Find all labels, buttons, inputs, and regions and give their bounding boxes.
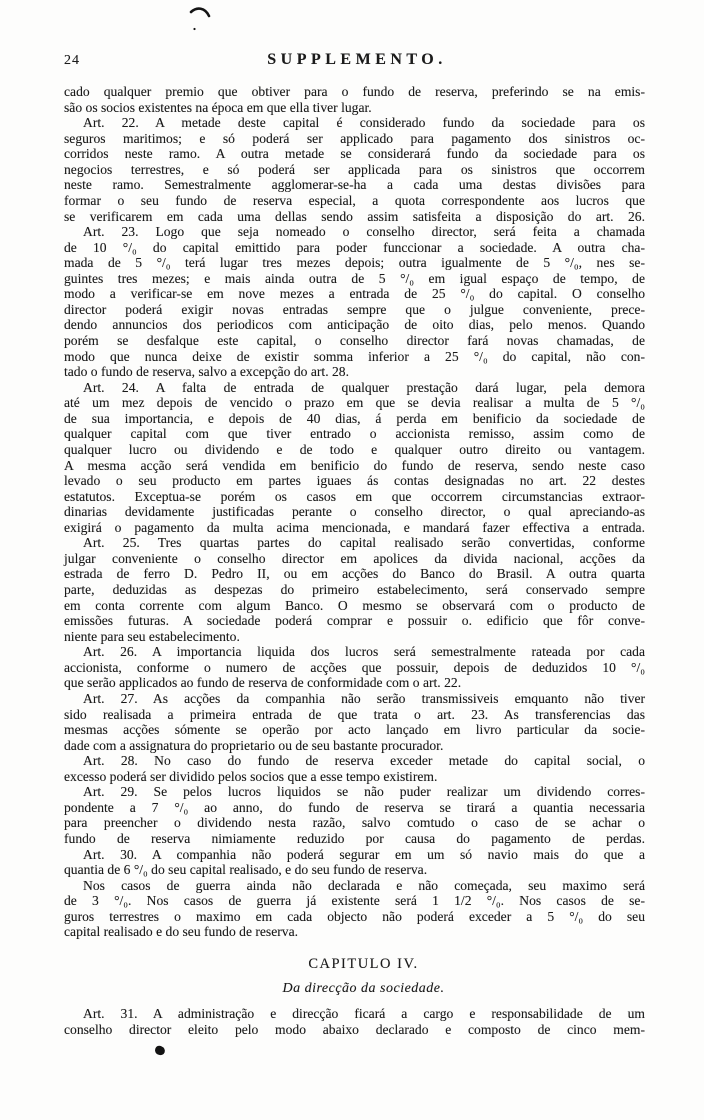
- text-line: quantia de 6 °/₀ do seu capital realisad…: [64, 862, 645, 878]
- text-line: capital realisado e do seu fundo de rese…: [64, 924, 645, 940]
- text-line: dinarias devidamente justificadas perant…: [64, 504, 645, 520]
- text-line: fundo de reserva nimiamente reduzido por…: [64, 831, 645, 847]
- page-header-title: SUPPLEMENTO.: [0, 51, 704, 69]
- text-line: Art. 29. Se pelos lucros liquidos se não…: [64, 784, 645, 800]
- text-line: accionista, conforme o numero de acções …: [64, 660, 645, 676]
- text-line: Art. 25. Tres quartas partes do capital …: [64, 535, 645, 551]
- text-line: sido realisada a primeira entrada de que…: [64, 707, 645, 723]
- text-line: Art. 22. A metade deste capital é consid…: [64, 115, 645, 131]
- body-text: cado qualquer premio que obtiver para o …: [64, 84, 645, 940]
- text-line: qualquer capital com que tiver entrado o…: [64, 426, 645, 442]
- text-line: se verificarem em cada uma dellas sendo …: [64, 209, 645, 225]
- text-line: de sua importancia, e depois de 40 dias,…: [64, 411, 645, 427]
- document-page: 24 SUPPLEMENTO. cado qualquer premio que…: [0, 0, 704, 1120]
- text-line: dendo annuncios dos periodicos com antic…: [64, 317, 645, 333]
- text-line: seguros maritimos; e só poderá ser appli…: [64, 131, 645, 147]
- chapter-title: CAPITULO IV.: [64, 956, 645, 973]
- text-line: formar o seu fundo de reserva especial, …: [64, 193, 645, 209]
- text-line: porém se desfalque este capital, o conse…: [64, 333, 645, 349]
- text-line: exigirá o pagamento da multa acima menci…: [64, 520, 645, 536]
- text-line: emissões futuras. A sociedade poderá com…: [64, 613, 645, 629]
- text-line: A mesma acção será vendida em benificio …: [64, 458, 645, 474]
- text-line: são os socios existentes na época em que…: [64, 100, 645, 116]
- text-line: cado qualquer premio que obtiver para o …: [64, 84, 645, 100]
- text-line: modo a verificar-se em nove mezes a entr…: [64, 286, 645, 302]
- text-line: Art. 30. A companhia não poderá segurar …: [64, 847, 645, 863]
- text-line: Art. 28. No caso do fundo de reserva exc…: [64, 753, 645, 769]
- text-line: qualquer lucro ou dividendo e de todo e …: [64, 442, 645, 458]
- text-line: que serão applicados ao fundo de reserva…: [64, 675, 645, 691]
- text-line: estrada de ferro D. Pedro II, ou em acçõ…: [64, 566, 645, 582]
- text-line: Art. 24. A falta de entrada de qualquer …: [64, 380, 645, 396]
- text-line: conselho director eleito pelo modo abaix…: [64, 1022, 645, 1038]
- text-line: dade com a assignatura do proprietario o…: [64, 738, 645, 754]
- text-line: mesmas acções sómente se operão por acto…: [64, 722, 645, 738]
- text-line: julgar conveniente o conselho director e…: [64, 551, 645, 567]
- text-line: corridos neste ramo. A outra metade se c…: [64, 146, 645, 162]
- text-line: niente para seu estabelecimento.: [64, 629, 645, 645]
- text-line: parte, deduzidas as despezas do primeiro…: [64, 582, 645, 598]
- text-line: guintes tres mezes; e mais ainda outra d…: [64, 271, 645, 287]
- text-line: negocios terrestres, e só poderá ser app…: [64, 162, 645, 178]
- ink-blot-icon: [154, 1045, 166, 1057]
- text-line: Art. 31. A administração e direcção fica…: [64, 1006, 645, 1022]
- text-line: mada de 5 °/₀ terá lugar tres mezes depo…: [64, 255, 645, 271]
- text-line: excesso poderá ser dividido pelos socios…: [64, 769, 645, 785]
- text-line: estatutos. Exceptua-se porém os casos em…: [64, 489, 645, 505]
- text-line: Nos casos de guerra ainda não declarada …: [64, 878, 645, 894]
- text-line: modo que nunca deixe de existir somma in…: [64, 349, 645, 365]
- text-line: de 3 °/₀. Nos casos de guerra já existen…: [64, 893, 645, 909]
- pen-stroke-icon: [188, 5, 218, 35]
- text-line: Art. 26. A importancia liquida dos lucro…: [64, 644, 645, 660]
- text-line: em conta corrente com algum Banco. O mes…: [64, 598, 645, 614]
- text-line: director poderá exigir novas entradas se…: [64, 302, 645, 318]
- text-line: de 10 °/₀ do capital emittido para poder…: [64, 240, 645, 256]
- text-line: Art. 23. Logo que seja nomeado o conselh…: [64, 224, 645, 240]
- text-line: levado o seu producto em partes iguaes á…: [64, 473, 645, 489]
- closing-text: Art. 31. A administração e direcção fica…: [64, 1006, 645, 1037]
- text-line: até um mez depois de vencido o prazo em …: [64, 395, 645, 411]
- text-line: para preencher o dividendo nesta razão, …: [64, 815, 645, 831]
- text-line: Art. 27. As acções da companhia não serã…: [64, 691, 645, 707]
- text-line: pondente a 7 °/₀ ao anno, do fundo de re…: [64, 800, 645, 816]
- text-line: neste ramo. Semestralmente agglomerar-se…: [64, 177, 645, 193]
- chapter-subtitle: Da direcção da sociedade.: [64, 981, 645, 997]
- text-line: guros terrestres o maximo em cada object…: [64, 909, 645, 925]
- text-line: tado o fundo de reserva, salvo a excepçã…: [64, 364, 645, 380]
